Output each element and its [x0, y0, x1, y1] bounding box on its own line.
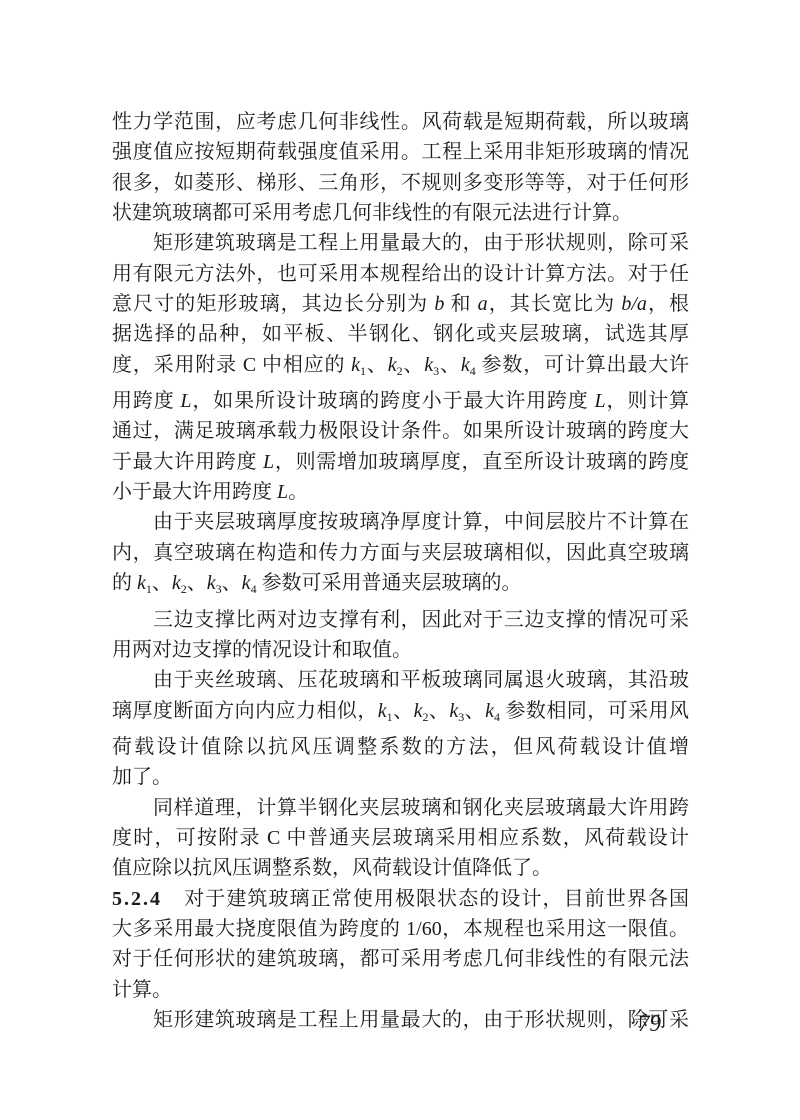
- text-run: 、: [464, 700, 485, 722]
- text-line: 的 k1、k2、k3、k4 参数可采用普通夹层玻璃的。: [112, 568, 689, 604]
- text-run: 对于建筑玻璃正常使用极限状态的设计，目前世界各国: [162, 888, 689, 910]
- text-run: 三边支撑比两对边支撑有利，因此对于三边支撑的情况可采: [153, 609, 689, 631]
- text-run: k: [137, 572, 146, 594]
- text-line: 于最大许用跨度 L，则需增加玻璃厚度，直至所设计玻璃的跨度: [112, 447, 689, 477]
- text-run: k: [461, 354, 470, 376]
- text-run: 加了。: [112, 766, 172, 788]
- text-line: 大多采用最大挠度限值为跨度的 1/60，本规程也采用这一限值。: [112, 914, 689, 944]
- text-line: 三边支撑比两对边支撑有利，因此对于三边支撑的情况可采: [112, 605, 689, 635]
- text-run: k: [424, 354, 433, 376]
- text-run: ，则计算: [606, 390, 689, 412]
- text-line: 同样道理，计算半钢化夹层玻璃和钢化夹层玻璃最大许用跨: [112, 793, 689, 823]
- document-page: 性力学范围，应考虑几何非线性。风荷载是短期荷载，所以玻璃强度值应按短期荷载强度值…: [0, 0, 800, 1120]
- paragraph: 三边支撑比两对边支撑有利，因此对于三边支撑的情况可采用两对边支撑的情况设计和取值…: [112, 605, 689, 666]
- text-line: 状建筑玻璃都可采用考虑几何非线性的有限元法进行计算。: [112, 198, 689, 228]
- text-line: 5.2.4 对于建筑玻璃正常使用极限状态的设计，目前世界各国: [112, 884, 689, 914]
- text-run: 用两对边支撑的情况设计和取值。: [112, 639, 412, 661]
- text-run: 度，采用附录 C 中相应的: [112, 354, 351, 376]
- text-run: 、: [428, 700, 449, 722]
- text-run: 意尺寸的矩形玻璃，其边长分别为: [112, 293, 434, 315]
- text-line: 意尺寸的矩形玻璃，其边长分别为 b 和 a，其长宽比为 b/a，根: [112, 289, 689, 319]
- text-line: 计算。: [112, 975, 689, 1005]
- text-run: 、: [439, 354, 461, 376]
- text-line: 据选择的品种，如平板、半钢化、钢化或夹层玻璃，试选其厚: [112, 319, 689, 349]
- text-run: 性力学范围，应考虑几何非线性。风荷载是短期荷载，所以玻璃: [112, 111, 689, 133]
- text-run: 度时，可按附录 C 中普通夹层玻璃采用相应系数，风荷载设计: [112, 827, 689, 849]
- text-run: k: [388, 354, 397, 376]
- text-run: L: [180, 390, 191, 412]
- text-run: 对于任何形状的建筑玻璃，都可采用考虑几何非线性的有限元法: [112, 948, 689, 970]
- text-run: k: [449, 700, 458, 722]
- paragraph: 矩形建筑玻璃是工程上用量最大的，由于形状规则，除可采: [112, 1005, 689, 1035]
- text-run: 内，真空玻璃在构造和传力方面与夹层玻璃相似，因此真空玻璃: [112, 542, 689, 564]
- text-run: 荷载设计值除以抗风压调整系数的方法，但风荷载设计值增: [112, 736, 689, 758]
- text-run: a: [478, 293, 488, 315]
- text-run: 据选择的品种，如平板、半钢化、钢化或夹层玻璃，试选其厚: [112, 323, 689, 345]
- text-run: 。: [288, 481, 308, 503]
- text-line: 用有限元方法外，也可采用本规程给出的设计计算方法。对于任: [112, 259, 689, 289]
- text-run: k: [378, 700, 387, 722]
- text-line: 内，真空玻璃在构造和传力方面与夹层玻璃相似，因此真空玻璃: [112, 538, 689, 568]
- document-body: 性力学范围，应考虑几何非线性。风荷载是短期荷载，所以玻璃强度值应按短期荷载强度值…: [112, 107, 689, 1035]
- text-run: 、: [366, 354, 388, 376]
- text-run: ，根: [647, 293, 689, 315]
- text-run: 、: [187, 572, 207, 594]
- text-line: 小于最大许用跨度 L。: [112, 477, 689, 507]
- text-run: 璃厚度断面方向内应力相似，: [112, 700, 378, 722]
- text-line: 矩形建筑玻璃是工程上用量最大的，由于形状规则，除可采: [112, 228, 689, 258]
- text-run: ，其长宽比为: [488, 293, 622, 315]
- text-run: 、: [403, 354, 425, 376]
- text-line: 值应除以抗风压调整系数，风荷载设计值降低了。: [112, 853, 689, 883]
- text-run: k: [207, 572, 216, 594]
- text-line: 矩形建筑玻璃是工程上用量最大的，由于形状规则，除可采: [112, 1005, 689, 1035]
- text-run: k: [242, 572, 251, 594]
- text-run: 很多，如菱形、梯形、三角形，不规则多变形等等，对于任何形: [112, 172, 689, 194]
- text-run: 、: [152, 572, 172, 594]
- text-run: 由于夹层玻璃厚度按玻璃净厚度计算，中间层胶片不计算在: [153, 511, 689, 533]
- text-line: 用跨度 L，如果所设计玻璃的跨度小于最大许用跨度 L，则计算: [112, 386, 689, 416]
- text-run: b/a: [621, 293, 647, 315]
- text-line: 由于夹层玻璃厚度按玻璃净厚度计算，中间层胶片不计算在: [112, 507, 689, 537]
- text-run: b: [434, 293, 444, 315]
- text-line: 很多，如菱形、梯形、三角形，不规则多变形等等，对于任何形: [112, 168, 689, 198]
- text-line: 璃厚度断面方向内应力相似，k1、k2、k3、k4 参数相同，可采用风: [112, 696, 689, 732]
- text-run: 、: [222, 572, 242, 594]
- text-run: 状建筑玻璃都可采用考虑几何非线性的有限元法进行计算。: [112, 202, 632, 224]
- text-line: 度，采用附录 C 中相应的 k1、k2、k3、k4 参数，可计算出最大许: [112, 350, 689, 386]
- text-run: k: [351, 354, 360, 376]
- text-run: 通过，满足玻璃承载力极限设计条件。如果所设计玻璃的跨度大: [112, 420, 689, 442]
- text-line: 强度值应按短期荷载强度值采用。工程上采用非矩形玻璃的情况: [112, 137, 689, 167]
- paragraph: 性力学范围，应考虑几何非线性。风荷载是短期荷载，所以玻璃强度值应按短期荷载强度值…: [112, 107, 689, 228]
- text-run: 计算。: [112, 979, 172, 1001]
- text-line: 由于夹丝玻璃、压花玻璃和平板玻璃同属退火玻璃，其沿玻: [112, 665, 689, 695]
- text-run: 参数，可计算出最大许: [476, 354, 689, 376]
- text-run: ，则需增加玻璃厚度，直至所设计玻璃的跨度: [274, 451, 689, 473]
- text-run: 用有限元方法外，也可采用本规程给出的设计计算方法。对于任: [112, 263, 689, 285]
- text-run: L: [594, 390, 605, 412]
- text-run: 由于夹丝玻璃、压花玻璃和平板玻璃同属退火玻璃，其沿玻: [153, 669, 689, 691]
- paragraph: 5.2.4 对于建筑玻璃正常使用极限状态的设计，目前世界各国大多采用最大挠度限值…: [112, 884, 689, 1005]
- paragraph: 同样道理，计算半钢化夹层玻璃和钢化夹层玻璃最大许用跨度时，可按附录 C 中普通夹…: [112, 793, 689, 884]
- paragraph: 由于夹丝玻璃、压花玻璃和平板玻璃同属退火玻璃，其沿玻璃厚度断面方向内应力相似，k…: [112, 665, 689, 792]
- text-line: 度时，可按附录 C 中普通夹层玻璃采用相应系数，风荷载设计: [112, 823, 689, 853]
- text-line: 通过，满足玻璃承载力极限设计条件。如果所设计玻璃的跨度大: [112, 416, 689, 446]
- paragraph: 矩形建筑玻璃是工程上用量最大的，由于形状规则，除可采用有限元方法外，也可采用本规…: [112, 228, 689, 507]
- text-run: 强度值应按短期荷载强度值采用。工程上采用非矩形玻璃的情况: [112, 141, 689, 163]
- text-run: 、: [393, 700, 414, 722]
- text-run: 值应除以抗风压调整系数，风荷载设计值降低了。: [112, 857, 552, 879]
- text-run: k: [485, 700, 494, 722]
- text-line: 用两对边支撑的情况设计和取值。: [112, 635, 689, 665]
- section-number: 5.2.4: [112, 888, 162, 910]
- text-run: L: [277, 481, 288, 503]
- text-run: 用跨度: [112, 390, 180, 412]
- text-run: 于最大许用跨度: [112, 451, 263, 473]
- text-run: 小于最大许用跨度: [112, 481, 277, 503]
- text-line: 荷载设计值除以抗风压调整系数的方法，但风荷载设计值增: [112, 732, 689, 762]
- text-run: k: [172, 572, 181, 594]
- paragraph: 由于夹层玻璃厚度按玻璃净厚度计算，中间层胶片不计算在内，真空玻璃在构造和传力方面…: [112, 507, 689, 604]
- text-run: 同样道理，计算半钢化夹层玻璃和钢化夹层玻璃最大许用跨: [153, 797, 689, 819]
- text-line: 对于任何形状的建筑玻璃，都可采用考虑几何非线性的有限元法: [112, 944, 689, 974]
- text-run: ，如果所设计玻璃的跨度小于最大许用跨度: [192, 390, 595, 412]
- text-run: 大多采用最大挠度限值为跨度的 1/60，本规程也采用这一限值。: [112, 918, 689, 940]
- text-line: 性力学范围，应考虑几何非线性。风荷载是短期荷载，所以玻璃: [112, 107, 689, 137]
- text-line: 加了。: [112, 762, 689, 792]
- text-run: 矩形建筑玻璃是工程上用量最大的，由于形状规则，除可采: [153, 232, 689, 254]
- text-run: 的: [112, 572, 137, 594]
- text-run: L: [263, 451, 274, 473]
- text-run: 矩形建筑玻璃是工程上用量最大的，由于形状规则，除可采: [153, 1009, 689, 1031]
- page-number: 79: [638, 1008, 661, 1040]
- text-run: 和: [444, 293, 477, 315]
- text-run: 参数可采用普通夹层玻璃的。: [257, 572, 522, 594]
- text-run: 参数相同，可采用风: [500, 700, 689, 722]
